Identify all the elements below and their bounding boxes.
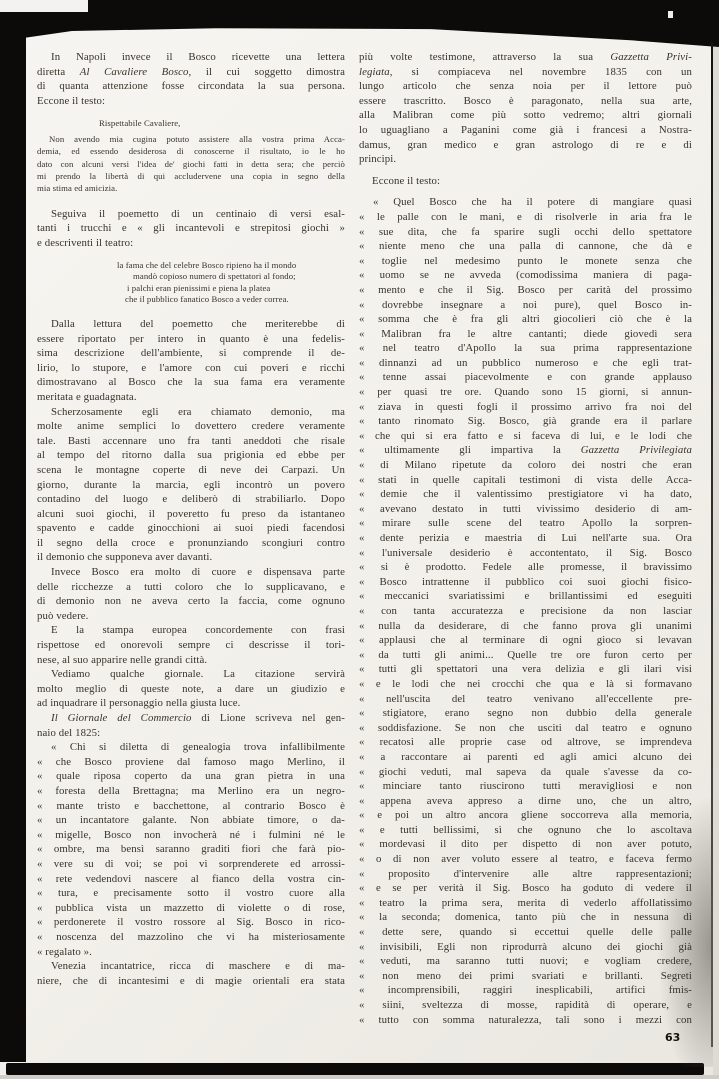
verse-block: la fama che del celebre Bosco ripieno ha…	[37, 260, 345, 306]
para-block: In Napoli invece il Bosco ricevette una …	[37, 50, 345, 108]
text-line: « niente meno che una palla di cannone, …	[359, 239, 692, 254]
text-line: « e poi un altro ancora gliene soccorrev…	[359, 808, 692, 823]
text-line: « l'universale desiderio è accontentato,…	[359, 546, 692, 561]
text-line: « con tanta accuratezza e precisione da …	[359, 604, 692, 619]
text-line: « stati in quelle capitali testimoni di …	[359, 473, 692, 488]
text-line: Scherzosamente egli era chiamato demonio…	[37, 405, 345, 420]
text-line: delle ricchezze a tutti coloro che lo su…	[37, 580, 345, 595]
text-line: diretta Al Cavaliere Bosco, il cui sogge…	[37, 65, 345, 80]
text-line: può vedere.	[37, 609, 345, 624]
para-block: Vediamo qualche giornale. La citazione s…	[37, 667, 345, 711]
label-block: Eccone il testo:	[359, 174, 692, 189]
text-line: « avevano destato in tutti vivissimo des…	[359, 502, 692, 517]
text-line: « tura, e precisamente sotto il vostro c…	[37, 886, 345, 901]
text-line: « Quel Bosco che ha il potere di mangiar…	[359, 195, 692, 210]
text-line: lirio, lo stupore, e l'amore con cui pov…	[37, 361, 345, 376]
text-line: dato con alcuni versi l'idea de' giochi …	[37, 158, 345, 170]
text-line: « di Milano ripetute da coloro dei nostr…	[359, 458, 692, 473]
text-line: « nell'uscita del teatro venivano all'ec…	[359, 692, 692, 707]
text-line: che il pubblico fanatico Bosco a veder c…	[117, 294, 345, 306]
text-line: « teatro la prima sera, merita di vederl…	[359, 896, 692, 911]
text-line: « Bosco intrattenne il pubblico coi suoi…	[359, 575, 692, 590]
text-line: « uomo se ne avveda (comodissima maniera…	[359, 268, 692, 283]
text-line: « o di non aver voluto essere al teatro,…	[359, 852, 692, 867]
text-line: essere trascritto. Bosco è paragonato, n…	[359, 94, 692, 109]
text-line: tanti i trucchi e « gli incantevoli e st…	[37, 221, 345, 236]
text-line: « appena aveva appreso a dirne uno, che …	[359, 794, 692, 809]
text-line: « mento e che il Sig. Bosco per carità d…	[359, 283, 692, 298]
text-line: essere riportato per intero in quanto è …	[37, 332, 345, 347]
text-line: « veduti, ma saranno tutti nuovi; e vogl…	[359, 954, 692, 969]
text-line: « recatosi alle proprie case od altrove,…	[359, 735, 692, 750]
text-line: rispettose ed onorevoli sempre ci descri…	[37, 638, 345, 653]
text-line: mi prendo la libertà di qui accludervene…	[37, 170, 345, 182]
text-line: Seguiva il poemetto di un centinaio di v…	[37, 207, 345, 222]
text-line: « mirare sulle scene del teatro Apollo l…	[359, 516, 692, 531]
text-line: demia, ed essendo desiderosa di conoscer…	[37, 145, 345, 157]
text-line: E la stampa europea concordemente con fr…	[37, 623, 345, 638]
text-line: « e tutti bellissimi, sì che ognuno che …	[359, 823, 692, 838]
text-line: « nel teatro d'Apollo la sua prima rappr…	[359, 341, 692, 356]
text-line: « tenne assai piacevolmente e con grande…	[359, 370, 692, 385]
text-line: In Napoli invece il Bosco ricevette una …	[37, 50, 345, 65]
scan-bottom-edge	[6, 1063, 704, 1075]
text-line: « e le lodi che nei crocchi che qua e là…	[359, 677, 692, 692]
text-line: Invece Bosco era molto di cuore e dispen…	[37, 565, 345, 580]
text-line: Eccone il testo:	[37, 94, 345, 109]
salutation-block: Rispettabile Cavaliere,	[37, 117, 345, 129]
para-block: più volte testimone, attraverso la sua G…	[359, 50, 692, 167]
text-line: di quanta attenzione fosse circondata la…	[37, 79, 345, 94]
text-line: « per quasi tre ore. Quando sono 15 gior…	[359, 385, 692, 400]
text-line: mandò copioso numero di spettatori al fo…	[117, 271, 345, 283]
text-line: « somma che è fra gli altri giocolieri c…	[359, 312, 692, 327]
text-line: spavento e cadde ginocchioni ai suoi pie…	[37, 521, 345, 536]
text-line: Dalla lettura del poemetto che meritereb…	[37, 317, 345, 332]
text-line: Rispettabile Cavaliere,	[99, 117, 345, 129]
text-line: Venezia incantatrice, ricca di maschere …	[37, 959, 345, 974]
page-body: In Napoli invece il Bosco ricevette una …	[37, 50, 692, 1027]
text-line: « perdonerete il vostro rossore al Sig. …	[37, 915, 345, 930]
text-line: lo uguagliano a Paganini come già i fran…	[359, 123, 692, 138]
text-line: damus, gran medico e gran astrologo di r…	[359, 138, 692, 153]
text-line: più volte testimone, attraverso la sua G…	[359, 50, 692, 65]
text-line: « nulla da desiderare, di che fanno prov…	[359, 619, 692, 634]
text-line: « noscenza del mazzolino che vi ha miste…	[37, 930, 345, 945]
text-line: ad inquadrare il personaggio nella giust…	[37, 696, 345, 711]
text-line: il demonio che supponeva aver davanti.	[37, 550, 345, 565]
text-line: « a raccontare ai parenti ed agli amici …	[359, 750, 692, 765]
text-line: « ombre, ma bensì saranno graditi fiori …	[37, 842, 345, 857]
text-line: Vediamo qualche giornale. La citazione s…	[37, 667, 345, 682]
text-line: mia stima ed amicizia.	[37, 182, 345, 194]
text-line: scena le montagne coperte di neve dei Ca…	[37, 463, 345, 478]
text-line: « dette sere, quando si eccettui quelle …	[359, 925, 692, 940]
text-line: « giochi veduti, mal sapeva da quale s'a…	[359, 765, 692, 780]
text-line: « un incantatore galante. Non abbiate ti…	[37, 813, 345, 828]
text-line: « che qui si era fatto e si faceva di lu…	[359, 429, 692, 444]
text-column-right: più volte testimone, attraverso la sua G…	[359, 50, 692, 1027]
text-line: « invisibili, Egli non riprodurrà alcuno…	[359, 940, 692, 955]
text-line: « sue dita, che fa sparire sugli occhi d…	[359, 225, 692, 240]
text-line: « Chi si diletta di genealogia trova inf…	[37, 740, 345, 755]
text-line: la fama che del celebre Bosco ripieno ha…	[117, 260, 345, 272]
page-number: 63	[665, 1031, 680, 1044]
text-line: il segno della croce e pronunziando scon…	[37, 536, 345, 551]
book-gutter-shadow	[0, 16, 26, 1062]
text-line: sima descrizione dell'ambiente, si compr…	[37, 346, 345, 361]
para-block: Seguiva il poemetto di un centinaio di v…	[37, 207, 345, 251]
text-line: « vere su di voi; se poi vi sorprenderet…	[37, 857, 345, 872]
text-line: « stigiatore, erano segno non dubbio del…	[359, 706, 692, 721]
text-line: legiata, si compiaceva nel novembre 1835…	[359, 65, 692, 80]
text-line: al tempo del ritorno dalla sua prigionia…	[37, 448, 345, 463]
text-line: « applausi che al terminare di ogni gioc…	[359, 633, 692, 648]
text-line: « dovrebbe insegnare a noi pure), quel B…	[359, 298, 692, 313]
text-line: i palchi eran pienissimi e piena la plat…	[117, 283, 345, 295]
text-line: « non meno dei primi svariati e brillant…	[359, 969, 692, 984]
scan-dot	[668, 11, 673, 18]
text-line: meritata e guadagnata.	[37, 390, 345, 405]
text-line: « ziava in questi fogli il prossimo arri…	[359, 400, 692, 415]
text-line: alla Malibran come più sotto vedremo; al…	[359, 108, 692, 123]
text-line: « mordevasi il dito per dispetto di non …	[359, 837, 692, 852]
text-line: « rete vedendovi nascere al fianco della…	[37, 872, 345, 887]
text-line: « tanto rinomato Sig. Bosco, già grande …	[359, 414, 692, 429]
para-block: Venezia incantatrice, ricca di maschere …	[37, 959, 345, 988]
text-line: « la seconda; domenica, tanto più che in…	[359, 910, 692, 925]
para-block: Il Giornale del Commercio di Lione scriv…	[37, 711, 345, 740]
text-line: « pubblica vista un mazzetto di violette…	[37, 901, 345, 916]
text-line: giorno, durante la marcia, egli incontrò…	[37, 478, 345, 493]
text-line: Eccone il testo:	[359, 174, 692, 189]
text-line: molte anime semplici lo dovettero creder…	[37, 419, 345, 434]
letter-block: Non avendo mia cugina potuto assistere a…	[37, 133, 345, 195]
para-block: « Quel Bosco che ha il potere di mangiar…	[359, 195, 692, 1027]
text-line: « e se per verità il Sig. Bosco ha godut…	[359, 881, 692, 896]
text-line: « toglie nel medesimo punto le monete se…	[359, 254, 692, 269]
text-line: « tutti gli spettatori una vera delizia …	[359, 662, 692, 677]
text-line: tale. Basti accennare uno fra tanti aned…	[37, 434, 345, 449]
text-line: nese, al suo apparire nelle grandi città…	[37, 653, 345, 668]
text-line: « dinnanzi ad un pubblico numeroso e che…	[359, 356, 692, 371]
text-line: « le palle con le mani, e di risolverle …	[359, 210, 692, 225]
text-line: « demie che il valentissimo prestigiator…	[359, 487, 692, 502]
text-line: di demonio non ne aveva certo la faccia,…	[37, 594, 345, 609]
text-line: « proposito d'intervenire alle altre rap…	[359, 867, 692, 882]
text-line: « si è prodotto. Fedele alle promesse, i…	[359, 560, 692, 575]
scan-corner-gap	[0, 0, 88, 12]
text-line: molto meglio di queste note, a dare un g…	[37, 682, 345, 697]
text-line: lungo articolo che senza noia per il let…	[359, 79, 692, 94]
text-line: « foresta della Brettagna; ma Merlino er…	[37, 784, 345, 799]
text-line: principi.	[359, 152, 692, 167]
text-line: « regalato ».	[37, 945, 345, 960]
text-line: contadino del luogo e deliberò di strabi…	[37, 492, 345, 507]
text-line: Non avendo mia cugina potuto assistere a…	[37, 133, 345, 145]
text-line: « Malibran fra le altre cantanti; diede …	[359, 327, 692, 342]
text-line: « dente perizia e maestria di Lui nell'a…	[359, 531, 692, 546]
para-block: « Chi si diletta di genealogia trova inf…	[37, 740, 345, 959]
para-block: E la stampa europea concordemente con fr…	[37, 623, 345, 667]
text-line: « siini, sveltezza di mosse, rapidità di…	[359, 998, 692, 1013]
text-line: e descriventi il teatro:	[37, 236, 345, 251]
text-column-left: In Napoli invece il Bosco ricevette una …	[37, 50, 345, 1027]
text-line: naio del 1825:	[37, 726, 345, 741]
text-line: niere, che di incantesimi e di magie ori…	[37, 974, 345, 989]
text-line: « mante tristo e bacchettone, al contrar…	[37, 799, 345, 814]
para-block: Scherzosamente egli era chiamato demonio…	[37, 405, 345, 566]
text-line: « incomprensibili, raggiri inesplicabili…	[359, 983, 692, 998]
text-line: « quale riposa coperto da una gran pietr…	[37, 769, 345, 784]
text-line: « minciare tanto riuscirono tutti meravi…	[359, 779, 692, 794]
para-block: Invece Bosco era molto di cuore e dispen…	[37, 565, 345, 623]
text-line: « ultimamente gli impartiva la Gazzetta …	[359, 443, 692, 458]
text-line: « che Bosco proviene dal famoso mago Mer…	[37, 755, 345, 770]
text-line: « soddisfazione. Se non che usciti dal t…	[359, 721, 692, 736]
para-block: Dalla lettura del poemetto che meritereb…	[37, 317, 345, 405]
text-line: « meccanici svariatissimi e brillantissi…	[359, 589, 692, 604]
scanner-background	[0, 1075, 719, 1079]
text-line: « da tutti gli animi... Quelle tre ore f…	[359, 648, 692, 663]
text-line: « tutto con somma naturalezza, tali sono…	[359, 1013, 692, 1028]
text-line: dimostravano al Bosco che la sua fama er…	[37, 375, 345, 390]
text-line: Il Giornale del Commercio di Lione scriv…	[37, 711, 345, 726]
text-line: « migelle, Bosco non invocherà né i fulm…	[37, 828, 345, 843]
text-line: alcuni suoi giochi, il poveretto fu pres…	[37, 507, 345, 522]
